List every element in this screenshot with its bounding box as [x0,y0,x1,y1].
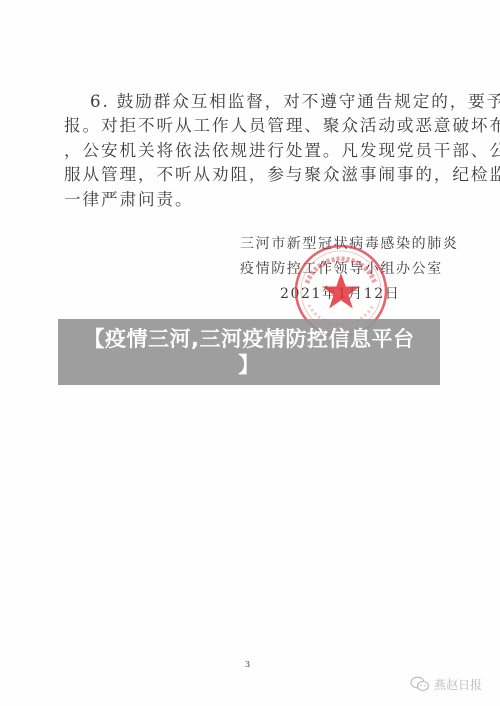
overlay-title-end: 】 [58,352,440,378]
watermark-text: 燕赵日报 [434,676,482,693]
paragraph-line: 服从管理，不听从劝阻，参与聚众滋事闹事的，纪检监察机关将 [64,163,436,187]
notice-paragraph: 6. 鼓励群众互相监督，对不遵守通告规定的，要予以劝阻举 报。对拒不听从工作人员… [64,90,436,212]
paragraph-line: 报。对拒不听从工作人员管理、聚众活动或恶意破坏布控设施的 [64,114,436,138]
paragraph-line: 6. 鼓励群众互相监督，对不遵守通告规定的，要予以劝阻举 [64,90,436,114]
source-watermark: 燕赵日报 [410,674,482,694]
paragraph-line: ，公安机关将依法依规进行处置。凡发现党员干部、公职人员不 [64,139,436,163]
title-overlay-banner: 【疫情三河,三河疫情防控信息平台 】 [58,319,440,385]
wechat-icon [410,676,430,692]
paragraph-line: 一律严肃问责。 [64,188,436,212]
overlay-title: 【疫情三河,三河疫情防控信息平台 [58,326,440,352]
page-number: 3 [245,660,250,669]
